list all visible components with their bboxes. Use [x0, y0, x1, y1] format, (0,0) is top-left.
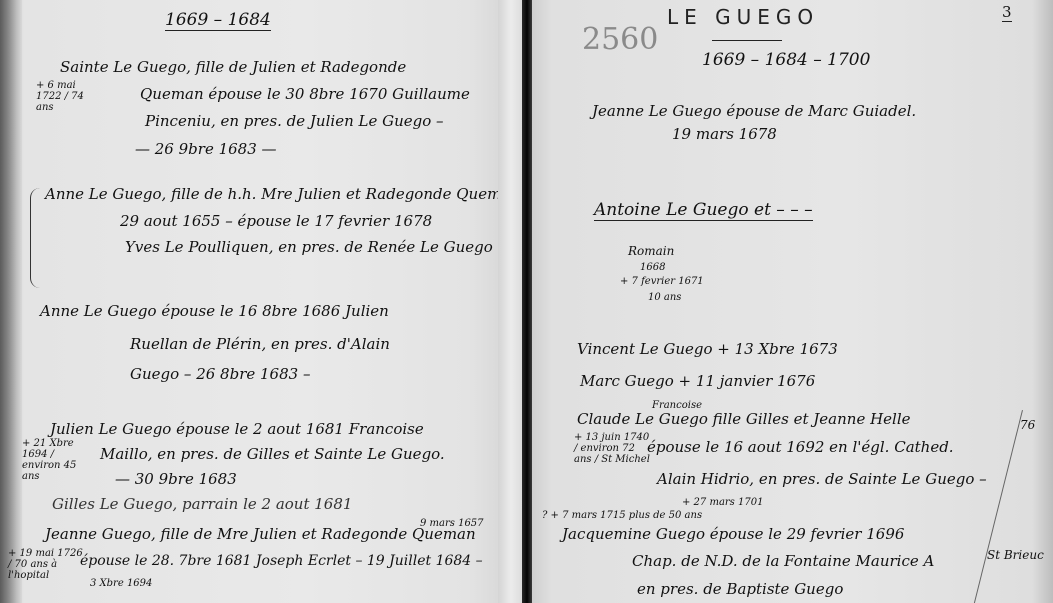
superscript-note: + 27 mars 1701 [682, 497, 763, 508]
entry-line: Julien Le Guego épouse le 2 aout 1681 Fr… [50, 420, 424, 438]
entry-line: Marc Guego + 11 janvier 1676 [580, 372, 815, 390]
entry-line: Jeanne Guego, fille de Mre Julien et Rad… [45, 525, 476, 543]
entry-line: Claude Le Guego fille Gilles et Jeanne H… [577, 410, 911, 428]
margin-note: + 21 Xbre 1694 / environ 45 ans [22, 438, 92, 482]
entry-line: Pinceniu, en pres. de Julien Le Guego – [145, 112, 444, 130]
page-number: 3 [1002, 3, 1012, 22]
fold-crease [974, 410, 1023, 603]
left-header-years: 1669 – 1684 [165, 10, 271, 31]
margin-note: ? + 7 mars 1715 plus de 50 ans [542, 510, 702, 521]
entry-line: Antoine Le Guego et – – – [594, 200, 813, 221]
entry-line: 10 ans [648, 292, 681, 303]
entry-line: Ruellan de Plérin, en pres. d'Alain [130, 335, 390, 353]
entry-line: 1668 [640, 262, 665, 273]
entry-line: Vincent Le Guego + 13 Xbre 1673 [577, 340, 838, 358]
right-margin-note: St Brieuc [987, 548, 1044, 562]
entry-line: — 26 9bre 1683 — [135, 140, 277, 158]
entry-line: épouse le 28. 7bre 1681 Joseph Ecrlet – … [80, 553, 483, 569]
entry-line: Jeanne Le Guego épouse de Marc Guiadel. [592, 102, 916, 120]
entry-line: 29 aout 1655 – épouse le 17 fevrier 1678 [120, 212, 432, 230]
entry-line: Maillo, en pres. de Gilles et Sainte Le … [100, 445, 445, 463]
entry-line: 3 Xbre 1694 [90, 578, 152, 589]
entry-line: Yves Le Poulliquen, en pres. de Renée Le… [125, 238, 505, 256]
entry-line: Chap. de N.D. de la Fontaine Maurice A [632, 552, 934, 570]
margin-note: + 13 juin 1740 / environ 72 ans / St Mic… [574, 432, 654, 465]
entry-line: Gilles Le Guego, parrain le 2 aout 1681 [52, 495, 352, 513]
faint-archive-number: 2560 [582, 22, 658, 57]
entry-line: épouse le 16 aout 1692 en l'égl. Cathed. [647, 438, 954, 456]
right-margin-note: 76 [1020, 418, 1035, 432]
entry-line: + 7 fevrier 1671 [620, 276, 704, 287]
entry-line: Jacquemine Guego épouse le 29 fevrier 16… [562, 525, 904, 543]
entry-line: — 30 9bre 1683 [115, 470, 237, 488]
entry-line: en pres. de Baptiste Guego [637, 580, 843, 598]
book-gutter [522, 0, 532, 603]
margin-note: + 6 mai 1722 / 74 ans [36, 80, 96, 113]
entry-line: Sainte Le Guego, fille de Julien et Rade… [60, 58, 406, 76]
right-page: 2560 LE GUEGO 3 1669 – 1684 – 1700 Jeann… [532, 0, 1053, 603]
margin-brace [30, 188, 41, 288]
left-page: 1669 – 1684 + 6 mai 1722 / 74 ans Sainte… [0, 0, 510, 603]
title-underline [712, 40, 782, 41]
page-title: LE GUEGO [667, 5, 819, 29]
margin-note: + 19 mai 1726 / 70 ans à l'hopital [8, 548, 83, 581]
entry-line: Queman épouse le 30 8bre 1670 Guillaume [140, 85, 470, 103]
entry-line: Anne Le Guego, fille de h.h. Mre Julien … [45, 185, 510, 203]
entry-line: 19 mars 1678 [672, 125, 777, 143]
entry-line: Guego – 26 8bre 1683 – [130, 365, 310, 383]
book-binding [0, 0, 22, 603]
entry-line: Anne Le Guego épouse le 16 8bre 1686 Jul… [40, 302, 389, 320]
entry-line: Alain Hidrio, en pres. de Sainte Le Gueg… [657, 470, 987, 488]
entry-line: Romain [628, 244, 674, 258]
right-header-years: 1669 – 1684 – 1700 [702, 50, 870, 70]
page-flap [498, 0, 524, 603]
